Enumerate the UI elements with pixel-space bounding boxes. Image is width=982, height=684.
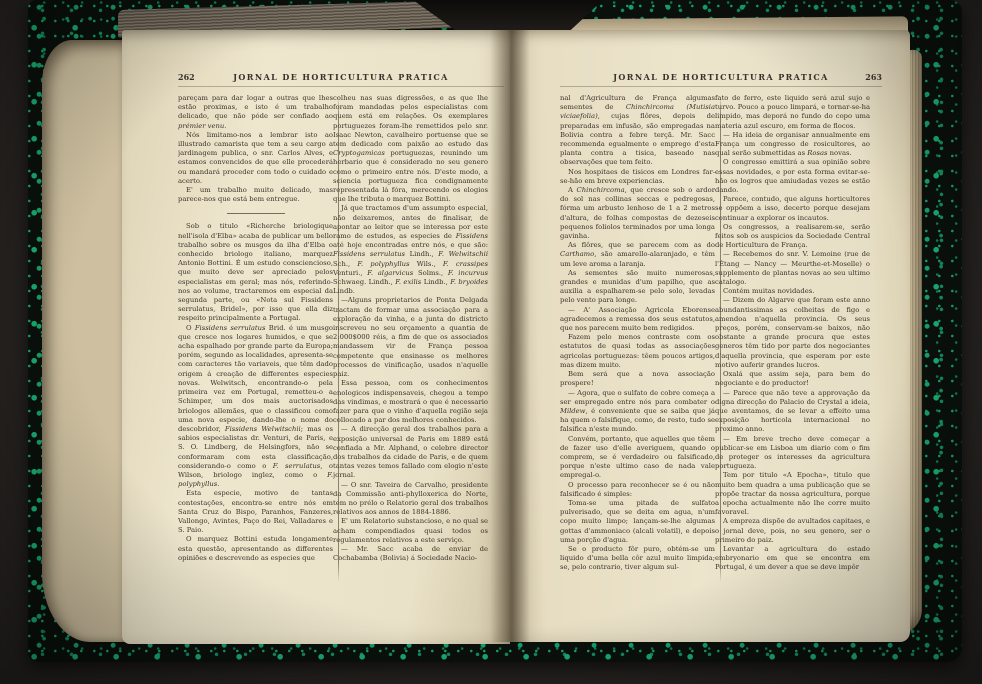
paragraph: colheu nas suas digressões, e as que lhe… — [333, 94, 488, 204]
right-page-column-2: fato de ferro, este liquido será azul su… — [715, 94, 870, 586]
left-page-fore-edge — [42, 40, 128, 642]
paragraph: A empreza dispõe de avultados capitaes, … — [715, 517, 870, 545]
paragraph: Sob o titulo «Richerche briologique nell… — [178, 222, 333, 323]
paragraph: As sementes são muito numerosas, grandes… — [560, 269, 715, 306]
left-page-content: 262 JORNAL DE HORTICULTURA PRATICA pareç… — [178, 72, 504, 586]
paragraph: — Dizem do Algarve que foram este anno a… — [715, 296, 870, 370]
paragraph: pareçam para dar logar a outras que lhes… — [178, 94, 333, 131]
paragraph: Parece, contudo, que alguns horticultore… — [715, 195, 870, 223]
left-column-divider-rule — [338, 96, 339, 582]
right-running-head-row: JORNAL DE HORTICULTURA PRATICA 263 — [560, 72, 882, 87]
paragraph: fato de ferro, este liquido será azul su… — [715, 94, 870, 131]
paragraph: E' um Relatorio substancioso, e no qual … — [333, 517, 488, 545]
right-page-columns: nal d'Agricultura de França algumas seme… — [560, 94, 882, 586]
right-page-number: 263 — [852, 72, 882, 82]
paragraph: — Parece que não teve a approvação da di… — [715, 389, 870, 435]
paragraph: Tem por titulo «A Epocha», titulo que mu… — [715, 471, 870, 517]
paragraph: Toma-se uma pitada de sulfato pulverisad… — [560, 499, 715, 545]
paragraph: A Chinchircoma, que cresce sob o ardor d… — [560, 186, 715, 241]
paragraph: Levantar a agricultura do estado embryon… — [715, 545, 870, 573]
paragraph: O congresso emittirá a sua opinião sobre… — [715, 158, 870, 195]
paragraph: Bem será que a nova associação prospere! — [560, 370, 715, 388]
left-page-columns: pareçam para dar logar a outras que lhes… — [178, 94, 504, 586]
paragraph: Fazem pelo menos contraste com os estatu… — [560, 333, 715, 370]
paragraph: — Recebemos do snr. V. Lemoine (rue de l… — [715, 250, 870, 287]
paragraph: O processo para reconhecer se é ou não f… — [560, 481, 715, 499]
left-page-column-2: colheu nas suas digressões, e as que lhe… — [333, 94, 488, 586]
paragraph: Os congressos, a realisarem-se, serão fe… — [715, 223, 870, 251]
paragraph: — Mr. Sacc acaba de enviar de Cochabamba… — [333, 545, 488, 563]
paragraph: Esta especie, motivo de tantas contestaç… — [178, 489, 333, 535]
paragraph: Convém, portanto, que aquelles que têem … — [560, 435, 715, 481]
paragraph: E' um trabalho muito delicado, mas parec… — [178, 186, 333, 204]
paragraph: Contém muitas novidades. — [715, 287, 870, 296]
left-running-head-row: 262 JORNAL DE HORTICULTURA PRATICA — [178, 72, 504, 87]
paragraph: Nos hospitaes de tisicos em Londres far-… — [560, 168, 715, 186]
paragraph: — Em breve trecho deve começar a publica… — [715, 435, 870, 472]
left-running-head: JORNAL DE HORTICULTURA PRATICA — [208, 72, 474, 82]
paragraph: Oxalá que assim seja, para bem do negoci… — [715, 370, 870, 388]
paragraph: — Ha ideia de organisar annualmente em F… — [715, 131, 870, 159]
paragraph: O marquez Bottini estuda longamente esta… — [178, 535, 333, 563]
paragraph: — O snr. Taveira de Carvalho, presidente… — [333, 481, 488, 518]
paragraph: O Fissidens serrulatus Brid. é um musgo … — [178, 324, 333, 490]
paragraph: — A direcção geral dos trabalhos para a … — [333, 425, 488, 480]
section-separator-rule — [227, 213, 285, 214]
paragraph: Já que tractamos d'um assumpto especial,… — [333, 204, 488, 296]
paragraph: —Alguns proprietarios de Ponta Delgada t… — [333, 296, 488, 379]
paragraph: Se o producto fôr puro, obtém-se um liqu… — [560, 545, 715, 573]
paragraph: — Agora, que o sulfato de cobre começa a… — [560, 389, 715, 435]
paragraph: Nós limitamo-nos a lembrar isto ao illus… — [178, 131, 333, 186]
paragraph: nal d'Agricultura de França algumas seme… — [560, 94, 715, 168]
paragraph: — A' Associação Agricola Eborense agrade… — [560, 306, 715, 334]
paragraph: As flôres, que se parecem com as do Cart… — [560, 241, 715, 269]
right-running-head: JORNAL DE HORTICULTURA PRATICA — [590, 72, 852, 82]
book-photo: { "colors": { "cover_green": "#16a068", … — [0, 0, 982, 684]
right-page-content: JORNAL DE HORTICULTURA PRATICA 263 nal d… — [560, 72, 882, 586]
left-page-column-1: pareçam para dar logar a outras que lhes… — [178, 94, 333, 586]
paragraph: Essa pessoa, com os conhecimentos enolog… — [333, 379, 488, 425]
right-column-divider-rule — [720, 96, 721, 582]
left-page-number: 262 — [178, 72, 208, 82]
right-page-column-1: nal d'Agricultura de França algumas seme… — [560, 94, 715, 586]
